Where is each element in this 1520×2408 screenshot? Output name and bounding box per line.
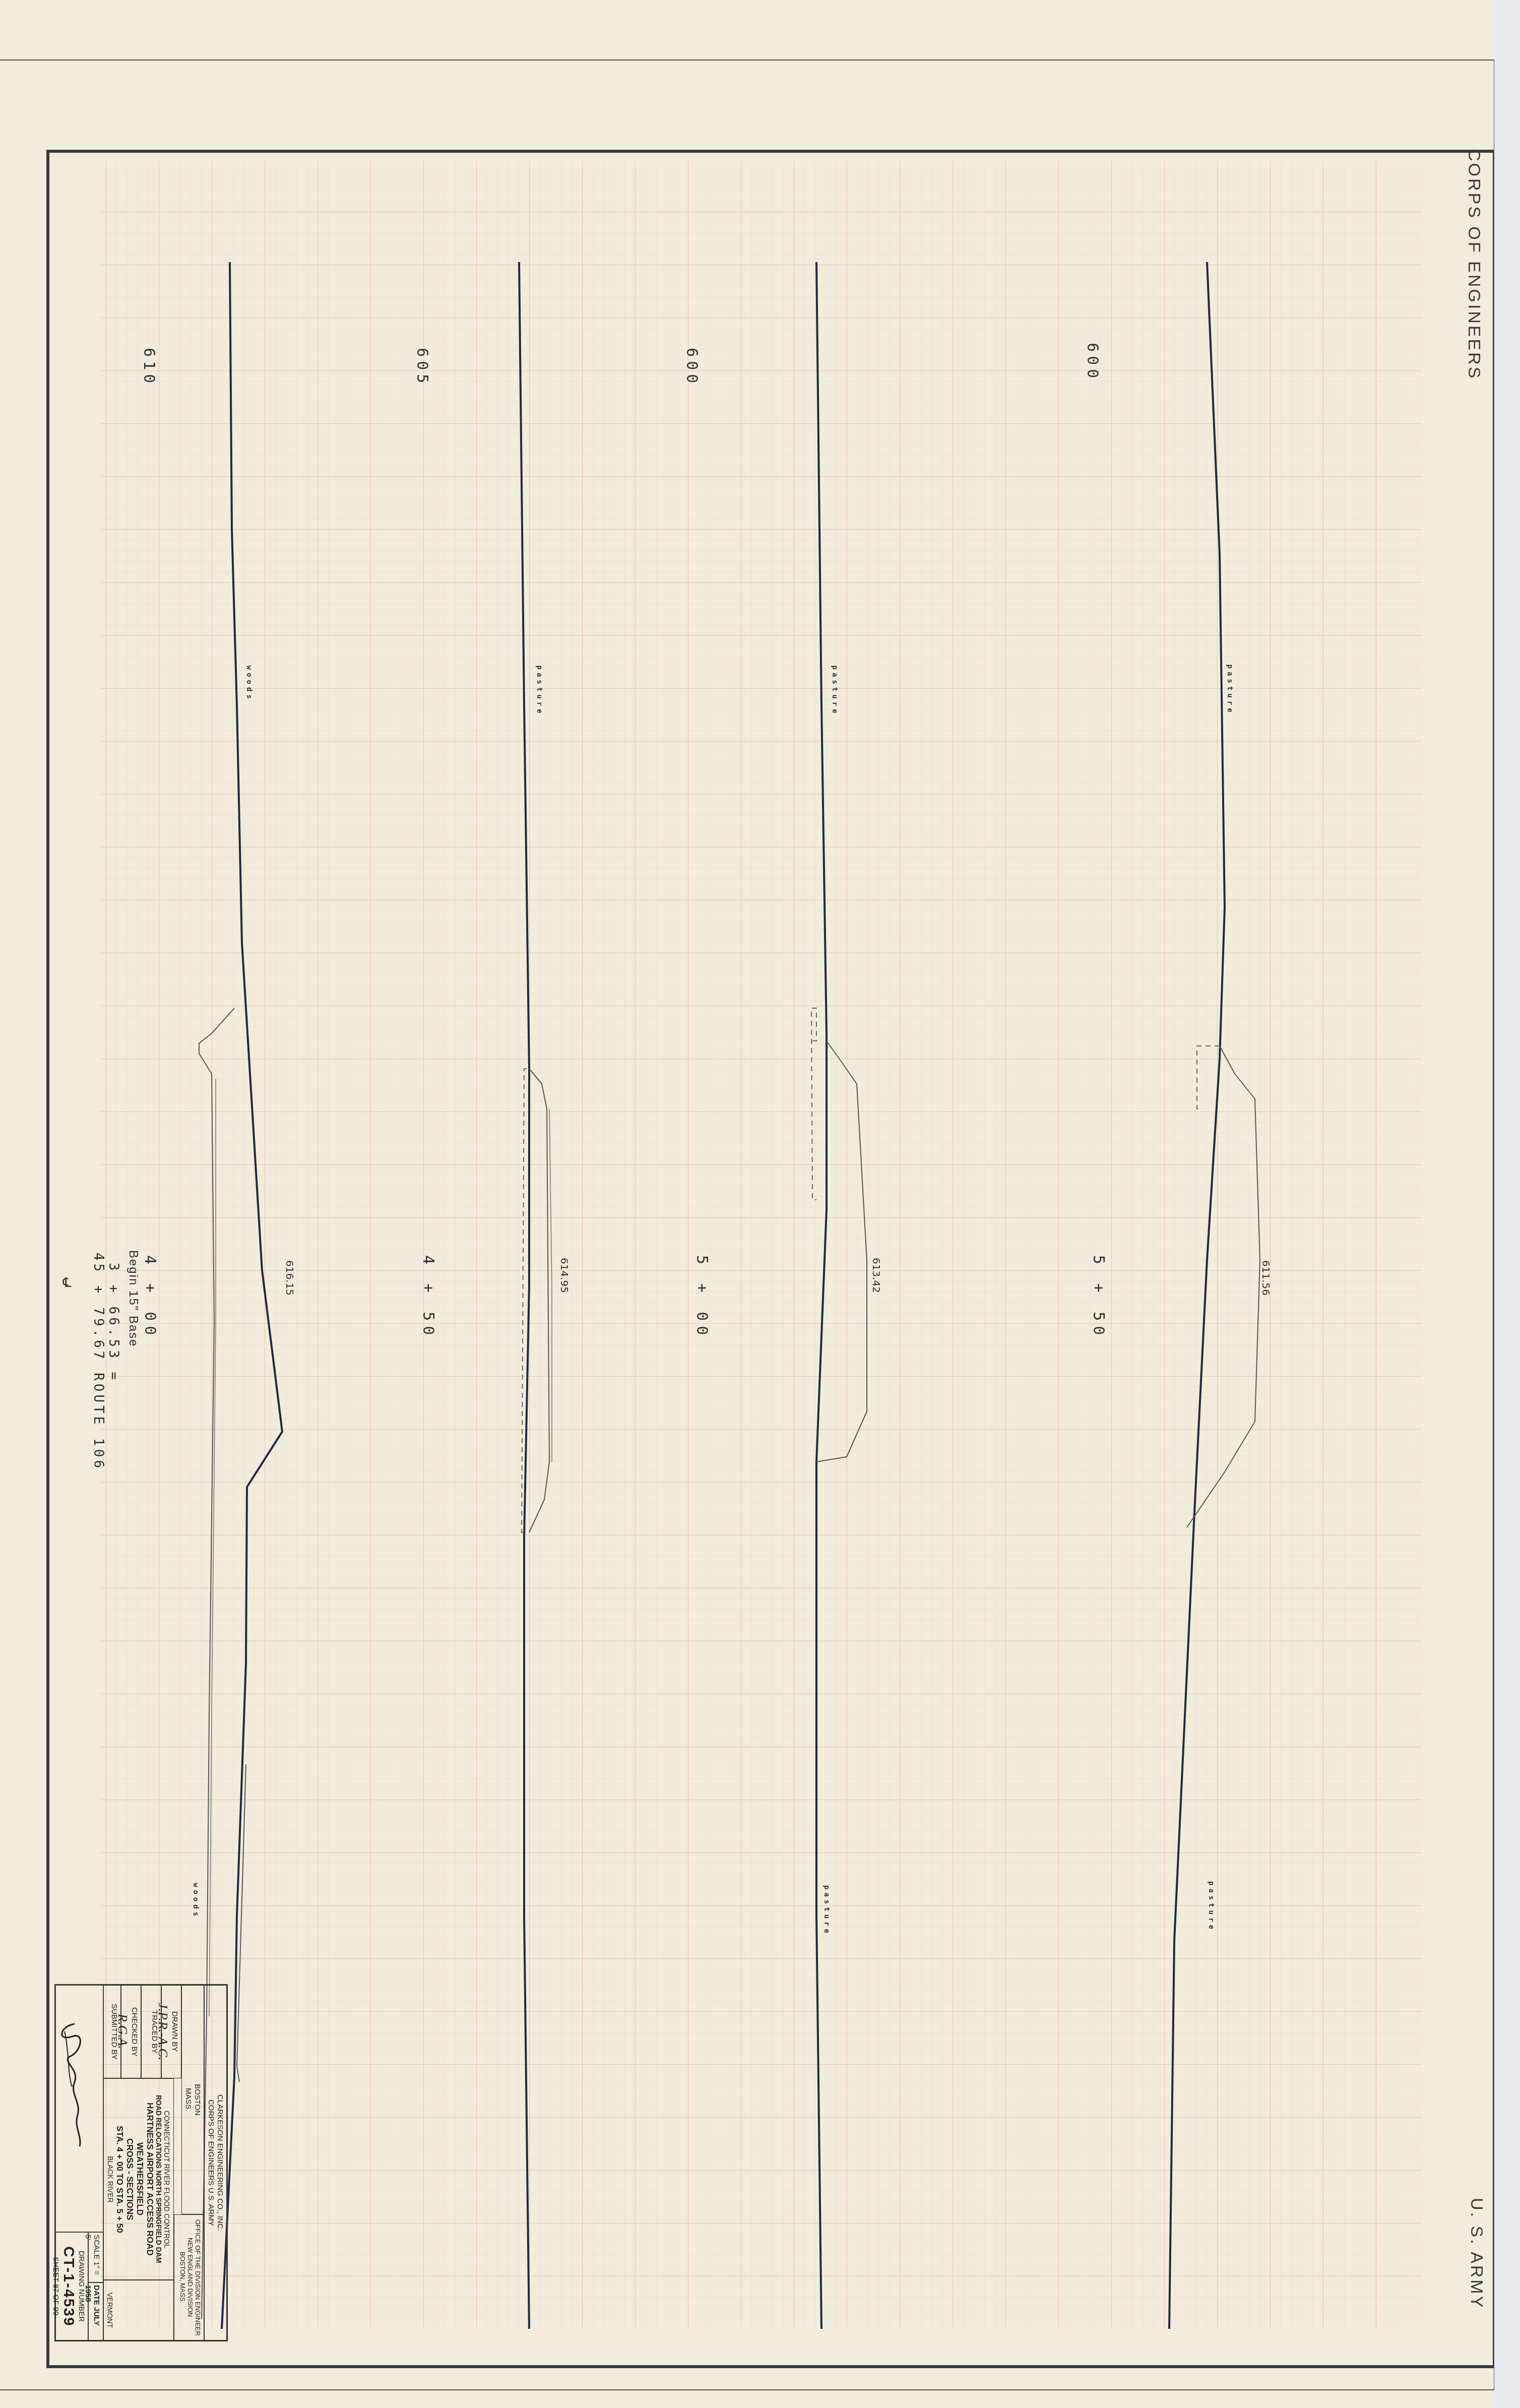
project-line-5: CROSS - SECTIONS [124, 2138, 135, 2220]
agency-line-2: OFFICE OF THE DIVISION ENGINEER [194, 2219, 202, 2336]
firm-location-cell: BOSTON MASS. [181, 1985, 204, 2214]
signature-icon [54, 2021, 90, 2147]
agency-cell: OFFICE OF THE DIVISION ENGINEER NEW ENGL… [174, 2214, 204, 2340]
project-line-2: ROAD RELOCATIONS NORTH SPRINGFIELD DAM [155, 2095, 163, 2263]
project-line-4: WEATHERSFIELD [135, 2142, 145, 2215]
agency-line-1: CORPS OF ENGINEERS U.S. ARMY [207, 2100, 215, 2226]
checked-by-cell: CHECKED BY R.G.A. [121, 1985, 141, 2078]
corps-of-engineers-label: CORPS OF ENGINEERS [1464, 149, 1484, 380]
centerline-icon: ℄ [59, 1275, 75, 1293]
traced-by-label: TRACED BY [150, 2010, 159, 2054]
state-label: VERMONT [106, 2293, 114, 2328]
grade-elevation-4-00: 616.15 [284, 1260, 296, 1295]
submitted-by-label: SUBMITTED BY [110, 2004, 118, 2060]
surface-label-4-50-upper: pasture [535, 665, 543, 716]
us-army-label: U. S. ARMY [1467, 2198, 1486, 2309]
sheet-number: SHEET 87 OF 99 [51, 2257, 60, 2315]
station-label-5-00: 5 + 00 [693, 1255, 711, 1340]
station-label-4-50: 4 + 50 [419, 1255, 437, 1340]
traced-by-cell: TRACED BY [141, 1985, 161, 2078]
surface-label-5-00-lower: pasture [822, 1885, 831, 1936]
drawing-number-cell: DRAWING NUMBER CT-1-4539 SHEET 87 OF 99 [55, 2232, 88, 2340]
title-block-header: CLARKESON ENGINEERING CO., INC. CORPS OF… [204, 1985, 227, 2340]
elevation-axis-label-5-00: 600 [683, 348, 701, 387]
agency-line-4: BOSTON, MASS. [179, 2252, 186, 2303]
surface-label-5-00-upper: pasture [831, 665, 839, 716]
firm-name: CLARKESON ENGINEERING CO., INC. [216, 2094, 224, 2231]
firm-city: BOSTON [193, 2084, 202, 2116]
elevation-axis-label-5-50: 600 [1084, 343, 1101, 382]
note-station-equation-1: 3 + 66.53 = [106, 1263, 121, 1383]
grade-elevation-4-50: 614.95 [558, 1258, 571, 1293]
river-label: BLACK RIVER [106, 2156, 114, 2203]
submitted-by-cell: SUBMITTED BY [103, 1985, 121, 2078]
elevation-axis-label-4-50: 605 [413, 348, 431, 387]
elevation-axis-label-4-00: 610 [140, 348, 158, 387]
agency-line-3: NEW ENGLAND DIVISION [186, 2238, 194, 2317]
surface-label-4-00-upper: woods [245, 665, 253, 702]
drawn-by-cell: DRAWN BY J.P.R.-A.C. [161, 1985, 181, 2078]
grade-elevation-5-50: 611.56 [1260, 1260, 1272, 1295]
state-cell: VERMONT [103, 2280, 174, 2340]
station-label-5-50: 5 + 50 [1090, 1255, 1107, 1340]
checked-by-label: CHECKED BY [130, 2007, 139, 2057]
surface-label-4-00-lower: woods [192, 1883, 200, 1919]
scale-cell: SCALE 1" = 5' [88, 2232, 103, 2282]
note-begin-base: Begin 15" Base [126, 1250, 140, 1347]
project-line-3: HARTNESS AIRPORT ACCESS ROAD [145, 2103, 155, 2256]
surface-label-5-50-upper: pasture [1226, 664, 1234, 715]
project-line-6: STA. 4 + 00 TO STA. 5 + 50 [114, 2126, 124, 2233]
date-cell: DATE JULY 1958 [88, 2282, 103, 2340]
firm-state: MASS. [184, 2088, 193, 2112]
drawing-number-value: CT-1-4539 [60, 2246, 77, 2327]
drawn-by-label: DRAWN BY [170, 2011, 179, 2052]
project-description-cell: CONNECTICUT RIVER FLOOD CONTROL ROAD REL… [103, 2078, 174, 2280]
surface-label-5-50-lower: pasture [1207, 1881, 1215, 1932]
grade-elevation-5-00: 613.42 [870, 1258, 882, 1293]
drawing-number-label: DRAWING NUMBER [77, 2251, 86, 2322]
drawing-sheet: CORPS OF ENGINEERS U. S. ARMY 610 605 60… [0, 0, 1494, 2408]
note-station-equation-2: 45 + 79.67 ROUTE 106 [91, 1253, 106, 1471]
station-label-4-00: 4 + 00 [141, 1255, 159, 1340]
project-line-1: CONNECTICUT RIVER FLOOD CONTROL [163, 2111, 171, 2248]
